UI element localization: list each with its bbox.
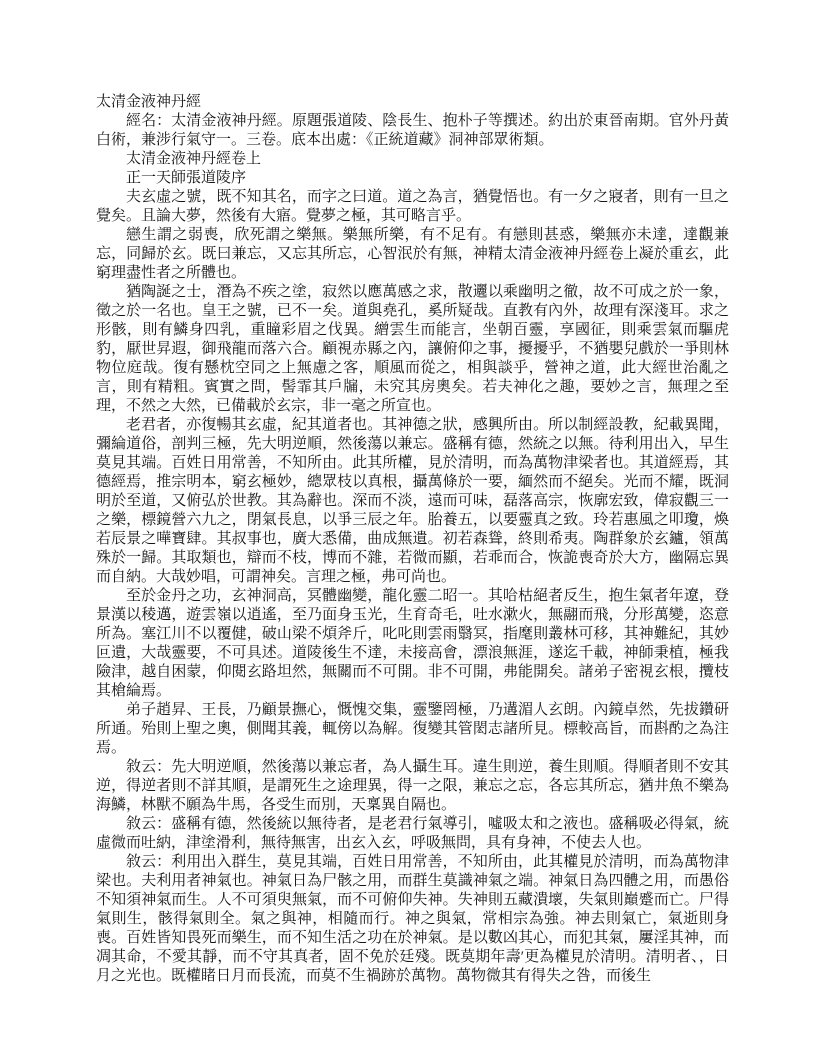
paragraph: 老君者，亦復暢其玄虛，紀其道者也。其神德之狀，感興所由。所以制經設教，紀載異聞，… <box>96 416 729 587</box>
document-blocks: 經名：太清金液神丹經。原題張道陵、陰長生、抱朴子等撰述。約出於東晉南期。官外丹黃… <box>96 112 729 986</box>
document-body: 太清金液神丹經 經名：太清金液神丹經。原題張道陵、陰長生、抱朴子等撰述。約出於東… <box>96 93 729 986</box>
section-heading: 正一天師張道陵序 <box>96 169 729 188</box>
document-title: 太清金液神丹經 <box>96 93 729 112</box>
paragraph: 敘云：先大明逆順，然後蕩以兼忘者，為人攝生耳。違生則逆，養生則順。得順者則不安其… <box>96 758 729 815</box>
paragraph: 至於金丹之功，玄神洞高，冥體幽變，龍化靈二昭一。其哈枯絕者反生，抱生氣者年遼，登… <box>96 587 729 701</box>
paragraph: 敘云：利用出入群生，莫見其端，百姓日用常善，不知所由，此其權見於清明，而為萬物津… <box>96 853 729 986</box>
paragraph: 敘云：盛稱有德，然後統以無待者，是老君行氣導引，噓吸太和之液也。盛稱吸必得氣，統… <box>96 815 729 853</box>
paragraph: 戀生謂之弱喪，欣死謂之樂無。樂無所樂，有不足有。有戀則甚惑，樂無亦未達，達觀兼忘… <box>96 226 729 283</box>
paragraph: 弟子趙昇、王長，乃顧景撫心，慨愧交集，靈鑒罔極，乃遘湄人玄朗。內鏡卓然，先拔鑽研… <box>96 701 729 758</box>
document-page: 太清金液神丹經 經名：太清金液神丹經。原題張道陵、陰長生、抱朴子等撰述。約出於東… <box>0 0 816 1056</box>
colophon: 經名：太清金液神丹經。原題張道陵、陰長生、抱朴子等撰述。約出於東晉南期。官外丹黃… <box>96 112 729 150</box>
paragraph: 夫玄虛之號，既不知其名，而字之曰道。道之為言，猶覺悟也。有一夕之寢者，則有一旦之… <box>96 188 729 226</box>
paragraph: 猶陶誕之士，潛為不疾之塗，寂然以應萬感之求，散邐以乘幽明之徹，故不可成之於一象，… <box>96 283 729 416</box>
chapter-heading: 太清金液神丹經卷上 <box>96 150 729 169</box>
